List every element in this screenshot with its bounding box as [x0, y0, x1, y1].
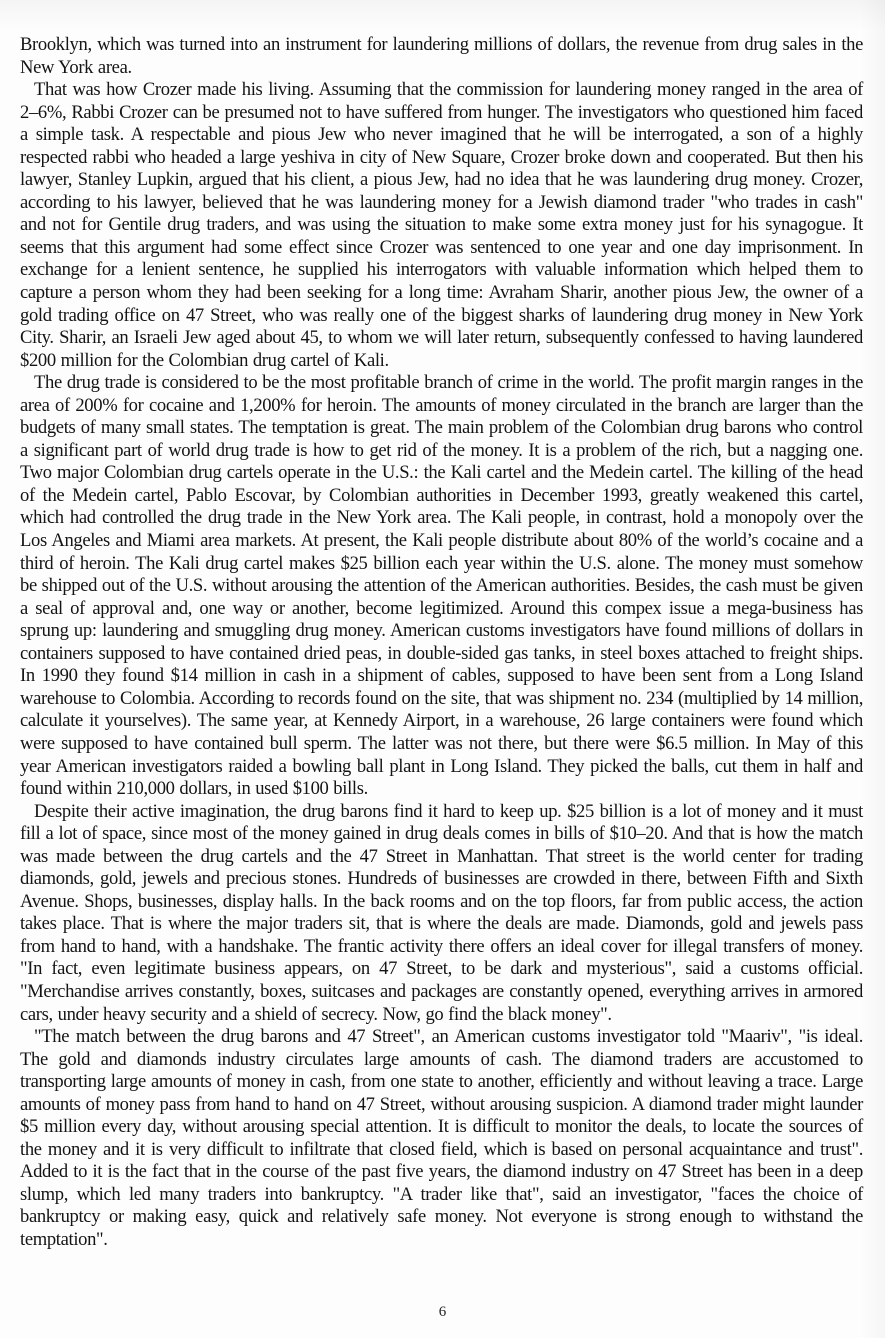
paragraph-5: "The match between the drug barons and 4…	[20, 1026, 863, 1251]
paragraph-3: The drug trade is considered to be the m…	[20, 372, 863, 800]
paragraph-1: Brooklyn, which was turned into an instr…	[20, 34, 863, 79]
paragraph-4: Despite their active imagination, the dr…	[20, 801, 863, 1026]
document-body: Brooklyn, which was turned into an instr…	[20, 34, 863, 1252]
page-number: 6	[0, 1304, 885, 1321]
paragraph-2: That was how Crozer made his living. Ass…	[20, 79, 863, 372]
